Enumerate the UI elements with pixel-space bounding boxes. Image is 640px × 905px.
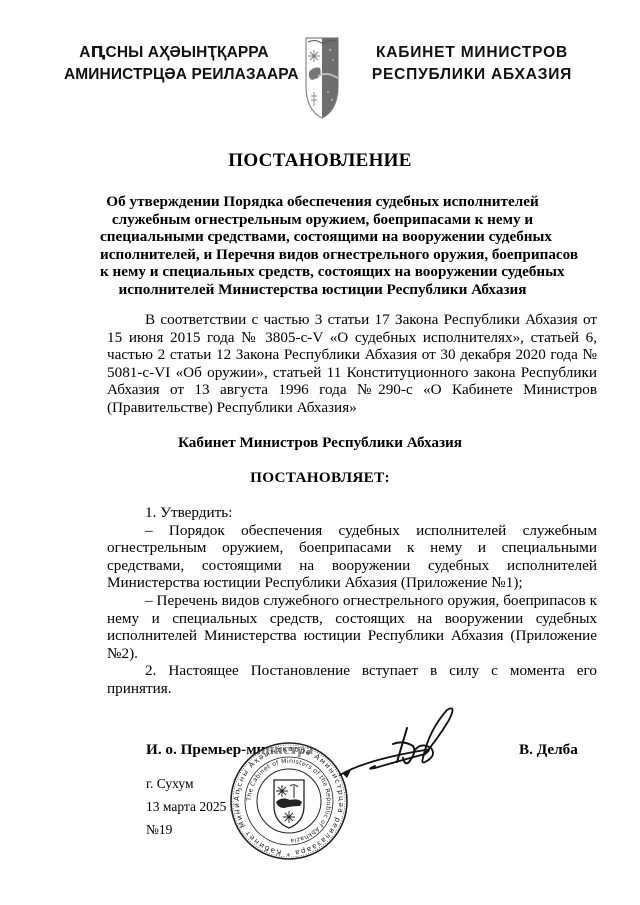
preamble-line: Абхазия от 13 августа 1996 года №290-с «…: [107, 381, 597, 399]
header-abkhaz-line-1: АԤСНЫ АҲӘЫНҬҚАРРА: [64, 42, 284, 64]
item-1b-line: – Перечень видов служебного огнестрельно…: [107, 592, 597, 610]
header-russian-title: КАБИНЕТ МИНИСТРОВ РЕСПУБЛИКИ АБХАЗИЯ: [362, 42, 582, 86]
item-1a-line: средствами, состоящими на вооружении суд…: [107, 557, 597, 575]
handwritten-signature-icon: [225, 700, 455, 790]
header-russian-line-1: КАБИНЕТ МИНИСТРОВ: [362, 42, 582, 64]
signatory-name: В. Делба: [519, 741, 578, 759]
place-of-issue: г. Сухум: [146, 776, 194, 792]
item-1a-line: – Порядок обеспечения судебных исполните…: [107, 522, 597, 540]
document-subject: Об утверждении Порядка обеспечения судеб…: [100, 193, 545, 299]
document-type-title: ПОСТАНОВЛЕНИЕ: [0, 150, 640, 172]
subject-line: служебным огнестрельным оружием, боеприп…: [100, 211, 545, 229]
document-number: №19: [146, 822, 172, 838]
preamble-line: (Правительстве) Республики Абхазия»: [107, 399, 597, 417]
document-page: АԤСНЫ АҲӘЫНҬҚАРРА АМИНИСТРЦӘА РЕИЛАЗААРА…: [0, 0, 640, 905]
header-abkhaz-title: АԤСНЫ АҲӘЫНҬҚАРРА АМИНИСТРЦӘА РЕИЛАЗААРА: [64, 42, 284, 86]
subject-line: исполнителей Министерства юстиции Респуб…: [100, 281, 545, 299]
item-1b-line: нему и специальных средств, состоящих на…: [107, 610, 597, 628]
item-1a-line: Министерства юстиции Республики Абхазия …: [107, 574, 597, 592]
header-russian-line-2: РЕСПУБЛИКИ АБХАЗИЯ: [362, 64, 582, 86]
item-1a-line: огнестрельным оружием, боеприпасами к не…: [107, 539, 597, 557]
resolves-heading: ПОСТАНОВЛЯЕТ:: [0, 469, 640, 487]
subject-line: к нему и специальных средств, состоящих …: [100, 263, 545, 281]
preamble-line: 15 июня 2015 года № 3805-с-V «О судебных…: [107, 329, 597, 347]
subject-line: специальными средствами, состоящими на в…: [100, 228, 545, 246]
preamble-line: 5081-с-VI «Об оружии», статьей 11 Консти…: [107, 364, 597, 382]
subject-line: Об утверждении Порядка обеспечения судеб…: [100, 193, 545, 211]
preamble-line: В соответствии с частью 3 статьи 17 Зако…: [107, 311, 597, 329]
issue-date: 13 марта 2025 г.: [146, 799, 237, 815]
item-2-line: принятия.: [107, 680, 597, 698]
preamble-line: частью 2 статьи 12 Закона Республики Абх…: [107, 346, 597, 364]
resolution-items: 1. Утвердить: – Порядок обеспечения суде…: [107, 504, 597, 698]
issuer-heading: Кабинет Министров Республики Абхазия: [0, 434, 640, 452]
subject-line: исполнителей, и Перечня видов огнестрель…: [100, 246, 545, 264]
header-abkhaz-line-2: АМИНИСТРЦӘА РЕИЛАЗААРА: [64, 64, 284, 86]
item-1-heading: 1. Утвердить:: [107, 504, 597, 522]
item-2-line: 2. Настоящее Постановление вступает в си…: [107, 662, 597, 680]
item-1b-line: исполнителей Министерства юстиции Респуб…: [107, 627, 597, 645]
preamble-paragraph: В соответствии с частью 3 статьи 17 Зако…: [107, 311, 597, 417]
coat-of-arms-icon: [304, 36, 340, 120]
item-1b-line: №2).: [107, 645, 597, 663]
